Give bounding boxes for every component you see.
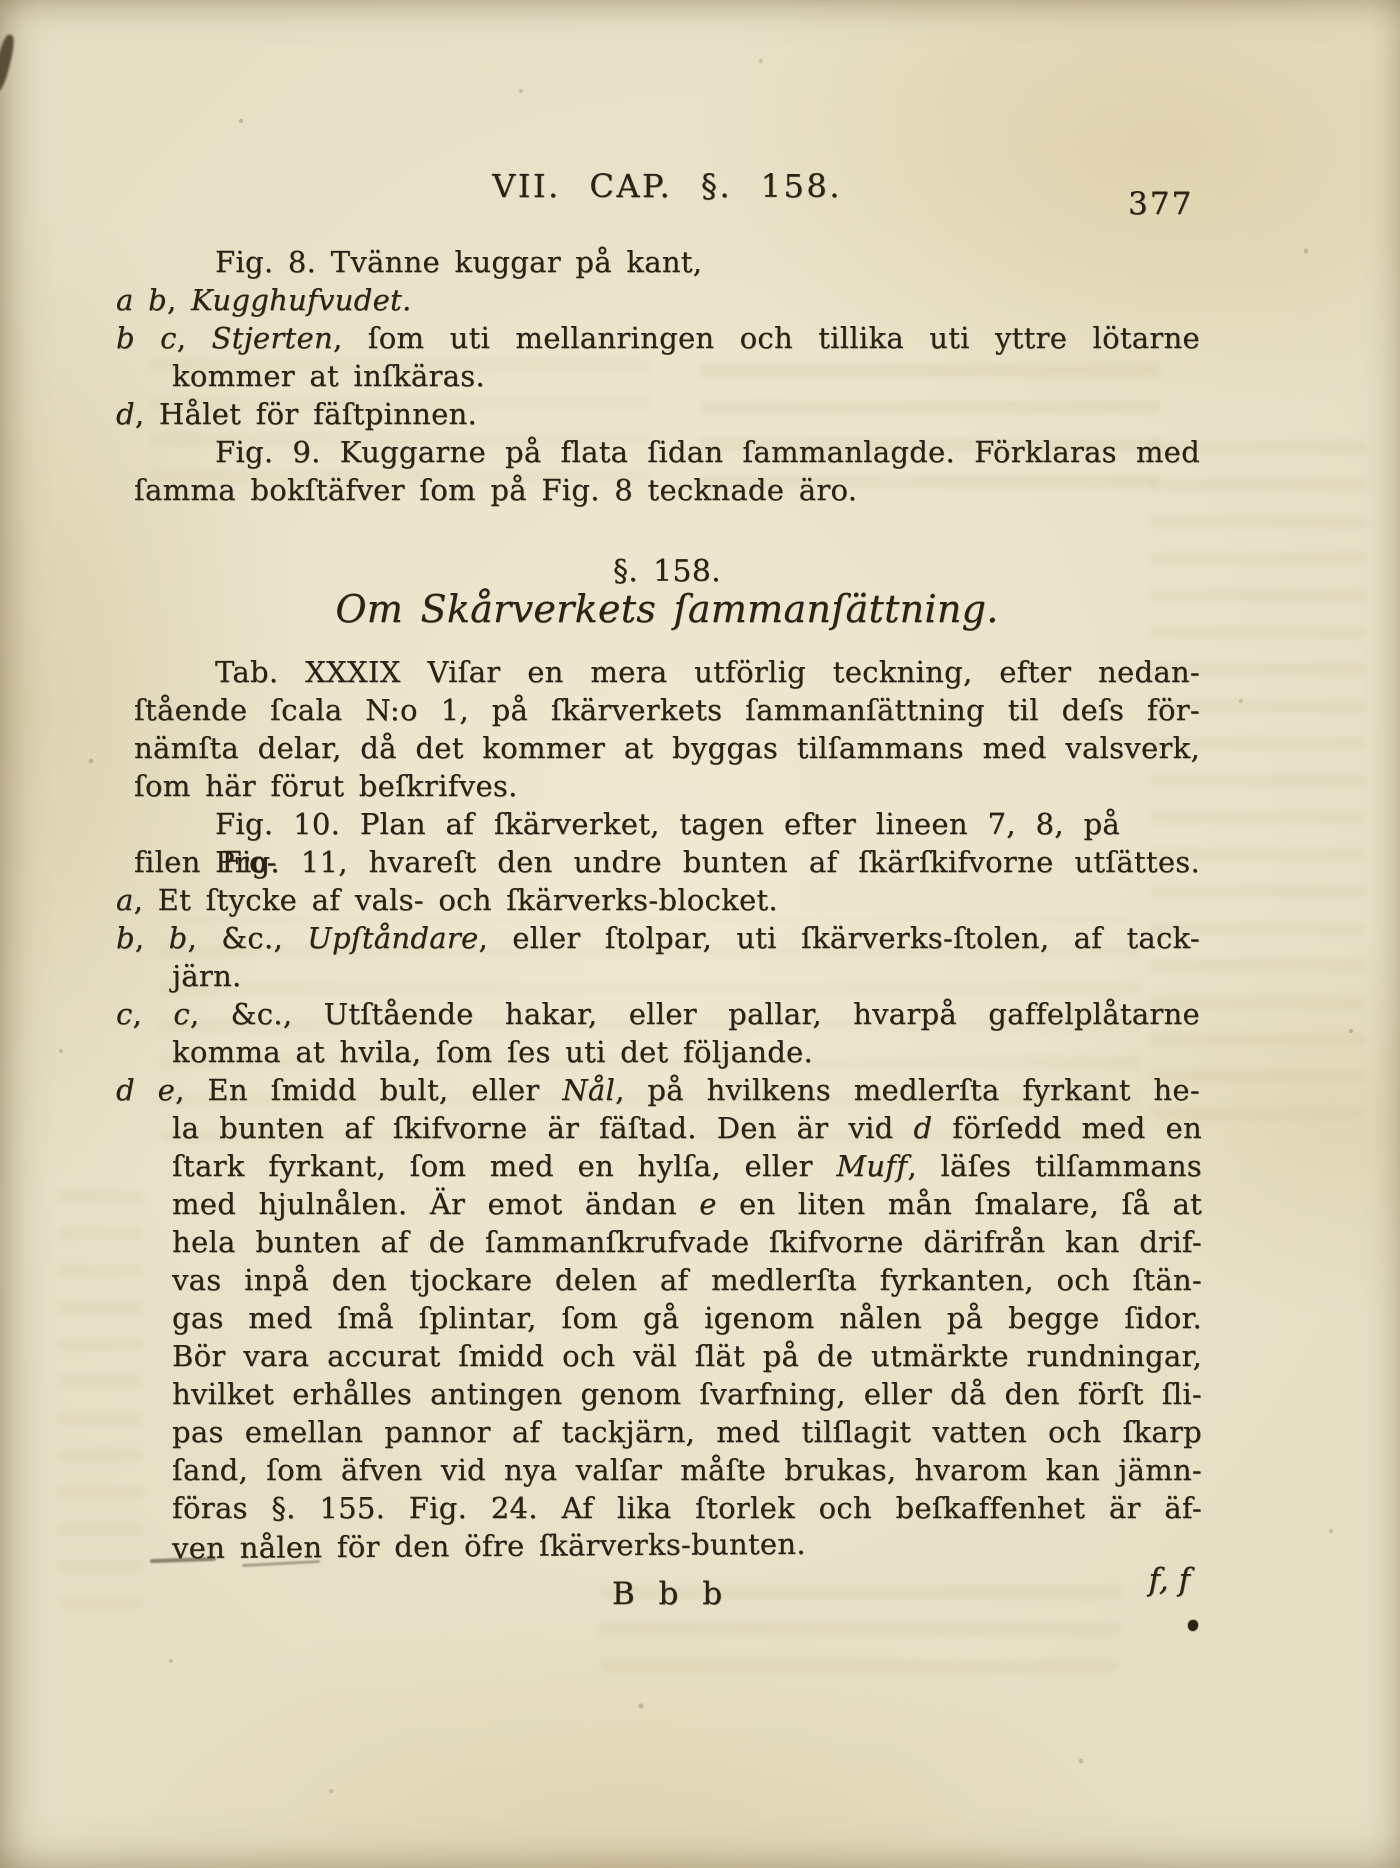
text-run: , bbox=[177, 321, 212, 355]
text-run: filen Fig. 11, hvareſt den undre bunten … bbox=[134, 845, 1200, 879]
text-run: , Hålet för fäſtpinnen. bbox=[135, 397, 477, 431]
item-a: a, Et ſtycke af vals- och ſkärverks-bloc… bbox=[116, 881, 778, 919]
text-run: kommer at inſkäras. bbox=[172, 359, 485, 393]
body-line: ſtående ſcala N:o 1, på ſkärverkets ſamm… bbox=[134, 691, 1200, 729]
text-run: Fig. 8. Tvänne kuggar på kant, bbox=[215, 245, 702, 279]
italic-text: e bbox=[699, 1187, 716, 1221]
text-run: §. 158. bbox=[613, 554, 721, 589]
italic-text: d bbox=[116, 397, 135, 431]
text-run: gas med ſmå ſplintar, ſom gå igenom nåle… bbox=[172, 1301, 1202, 1335]
text-run: , eller ſtolpar, uti ſkärverks-ſtolen, a… bbox=[478, 921, 1200, 955]
body-line: järn. bbox=[172, 957, 242, 995]
body-line: komma at hvila, ſom ſes uti det följande… bbox=[172, 1033, 813, 1071]
italic-text: c bbox=[173, 997, 190, 1031]
item-bc: b c, Stjerten, ſom uti mellanringen och … bbox=[116, 319, 1200, 357]
body-line: Bör vara accurat ſmidd och väl ſlät på d… bbox=[172, 1337, 1202, 1375]
show-through-text bbox=[58, 1180, 143, 1610]
text-run: pas emellan pannor af tackjärn, med tilſ… bbox=[172, 1415, 1202, 1449]
ink-mark bbox=[0, 33, 17, 92]
body-line: ſtark fyrkant, ſom med en hylſa, eller M… bbox=[172, 1147, 1202, 1185]
section-title: Om Skårverkets ſammanſättning. bbox=[134, 590, 1200, 628]
body-line: ſom här förut beſkrifves. bbox=[134, 767, 518, 805]
section-mark: §. 158. bbox=[134, 553, 1200, 591]
text-run: la bunten af ſkifvorne är fäſtad. Den är… bbox=[172, 1111, 913, 1145]
text-run: hela bunten af de ſammanſkrufvade ſkifvo… bbox=[172, 1225, 1202, 1259]
italic-text: d e bbox=[116, 1073, 175, 1107]
italic-text: b c bbox=[116, 321, 177, 355]
italic-text: Om Skårverkets ſammanſättning. bbox=[335, 587, 998, 631]
text-run: Tab. XXXIX Viſar en mera utförlig teckni… bbox=[215, 655, 1200, 689]
text-run: ſtark fyrkant, ſom med en hylſa, eller bbox=[172, 1149, 836, 1183]
body-line: la bunten af ſkifvorne är fäſtad. Den är… bbox=[172, 1109, 1202, 1147]
italic-text: a bbox=[116, 883, 134, 917]
body-line: med hjulnålen. Är emot ändan e en liten … bbox=[172, 1185, 1202, 1223]
text-run: ven nålen för den öfre ſkärverks-bunten. bbox=[172, 1527, 806, 1565]
text-run: Fig. 9. Kuggarne på flata ſidan ſammanla… bbox=[215, 435, 1200, 469]
text-run: förſedd med en bbox=[932, 1111, 1202, 1145]
body-line: vas inpå den tjockare delen af medlerſta… bbox=[172, 1261, 1202, 1299]
text-run: , bbox=[167, 283, 191, 317]
item-d: d, Hålet för fäſtpinnen. bbox=[116, 395, 477, 433]
italic-text: Muff bbox=[836, 1149, 907, 1183]
body-line: gas med ſmå ſplintar, ſom gå igenom nåle… bbox=[172, 1299, 1202, 1337]
text-run: , bbox=[135, 921, 169, 955]
text-run: , &c., bbox=[188, 921, 308, 955]
body-line: pas emellan pannor af tackjärn, med tilſ… bbox=[172, 1413, 1202, 1451]
book-page: VII. CAP. §. 158. 377 Fig. 8. Tvänne kug… bbox=[0, 0, 1400, 1868]
paper-specks bbox=[0, 0, 2, 2]
text-run: hvilket erhålles antingen genom ſvarfnin… bbox=[172, 1377, 1202, 1411]
body-line: ſand, ſom äfven vid nya valſar måſte bru… bbox=[172, 1451, 1202, 1489]
body-line: ſamma bokſtäfver ſom på Fig. 8 tecknade … bbox=[134, 471, 857, 509]
body-line: Tab. XXXIX Viſar en mera utförlig teckni… bbox=[215, 653, 1200, 691]
text-run: järn. bbox=[172, 959, 242, 993]
text-run: komma at hvila, ſom ſes uti det följande… bbox=[172, 1035, 813, 1069]
italic-text: Stjerten bbox=[212, 321, 333, 355]
text-run: , bbox=[133, 997, 174, 1031]
fig9-caption: Fig. 9. Kuggarne på flata ſidan ſammanla… bbox=[215, 433, 1200, 471]
page-number: 377 bbox=[1128, 186, 1193, 222]
body-line: hela bunten af de ſammanſkrufvade ſkifvo… bbox=[172, 1223, 1202, 1261]
text-run: ſom här förut beſkrifves. bbox=[134, 769, 518, 803]
catchword: f, f bbox=[950, 1562, 1190, 1598]
text-run: ſand, ſom äfven vid nya valſar måſte bru… bbox=[172, 1453, 1202, 1487]
italic-text: b bbox=[116, 921, 135, 955]
text-run: ſamma bokſtäfver ſom på Fig. 8 tecknade … bbox=[134, 473, 857, 507]
body-line: ven nålen för den öfre ſkärverks-bunten. bbox=[172, 1525, 806, 1567]
running-header: VII. CAP. §. 158. bbox=[134, 167, 1200, 205]
italic-text: Nål bbox=[562, 1073, 615, 1107]
body-line: föras §. 155. Fig. 24. Af lika ſtorlek o… bbox=[172, 1489, 1202, 1527]
text-run: nämſta delar, då det kommer at byggas ti… bbox=[134, 731, 1200, 765]
text-run: Bör vara accurat ſmidd och väl ſlät på d… bbox=[172, 1339, 1202, 1373]
body-line: nämſta delar, då det kommer at byggas ti… bbox=[134, 729, 1200, 767]
item-b: b, b, &c., Upſtåndare, eller ſtolpar, ut… bbox=[116, 919, 1200, 957]
text-run: föras §. 155. Fig. 24. Af lika ſtorlek o… bbox=[172, 1491, 1202, 1525]
text-run: , på hvilkens medlerſta fyrkant he- bbox=[615, 1073, 1200, 1107]
text-run: , En ſmidd bult, eller bbox=[175, 1073, 562, 1107]
text-run: , läſes tilſammans bbox=[907, 1149, 1202, 1183]
text-run: vas inpå den tjockare delen af medlerſta… bbox=[172, 1263, 1202, 1297]
text-run: ſtående ſcala N:o 1, på ſkärverkets ſamm… bbox=[134, 693, 1200, 727]
italic-text: d bbox=[913, 1111, 932, 1145]
italic-text: Upſtåndare bbox=[307, 921, 478, 955]
italic-text: b bbox=[169, 921, 188, 955]
body-line: hvilket erhålles antingen genom ſvarfnin… bbox=[172, 1375, 1202, 1413]
body-line: filen Fig. 11, hvareſt den undre bunten … bbox=[134, 843, 1200, 881]
fig8-caption: Fig. 8. Tvänne kuggar på kant, bbox=[215, 243, 702, 281]
italic-text: a b bbox=[116, 283, 167, 317]
body-line: kommer at inſkäras. bbox=[172, 357, 485, 395]
text-run: , ſom uti mellanringen och tillika uti y… bbox=[333, 321, 1200, 355]
item-de: d e, En ſmidd bult, eller Nål, på hvilke… bbox=[116, 1071, 1200, 1109]
italic-text: c bbox=[116, 997, 133, 1031]
ink-dot bbox=[1188, 1620, 1198, 1631]
text-run: en liten mån ſmalare, ſå at bbox=[717, 1187, 1202, 1221]
italic-text: Kugghufvudet. bbox=[191, 283, 411, 317]
item-ab: a b, Kugghufvudet. bbox=[116, 281, 412, 319]
text-run: , Et ſtycke af vals- och ſkärverks-block… bbox=[134, 883, 778, 917]
text-run: med hjulnålen. Är emot ändan bbox=[172, 1187, 699, 1221]
item-c: c, c, &c., Utſtående hakar, eller pallar… bbox=[116, 995, 1200, 1033]
text-run: , &c., Utſtående hakar, eller pallar, hv… bbox=[190, 997, 1200, 1031]
